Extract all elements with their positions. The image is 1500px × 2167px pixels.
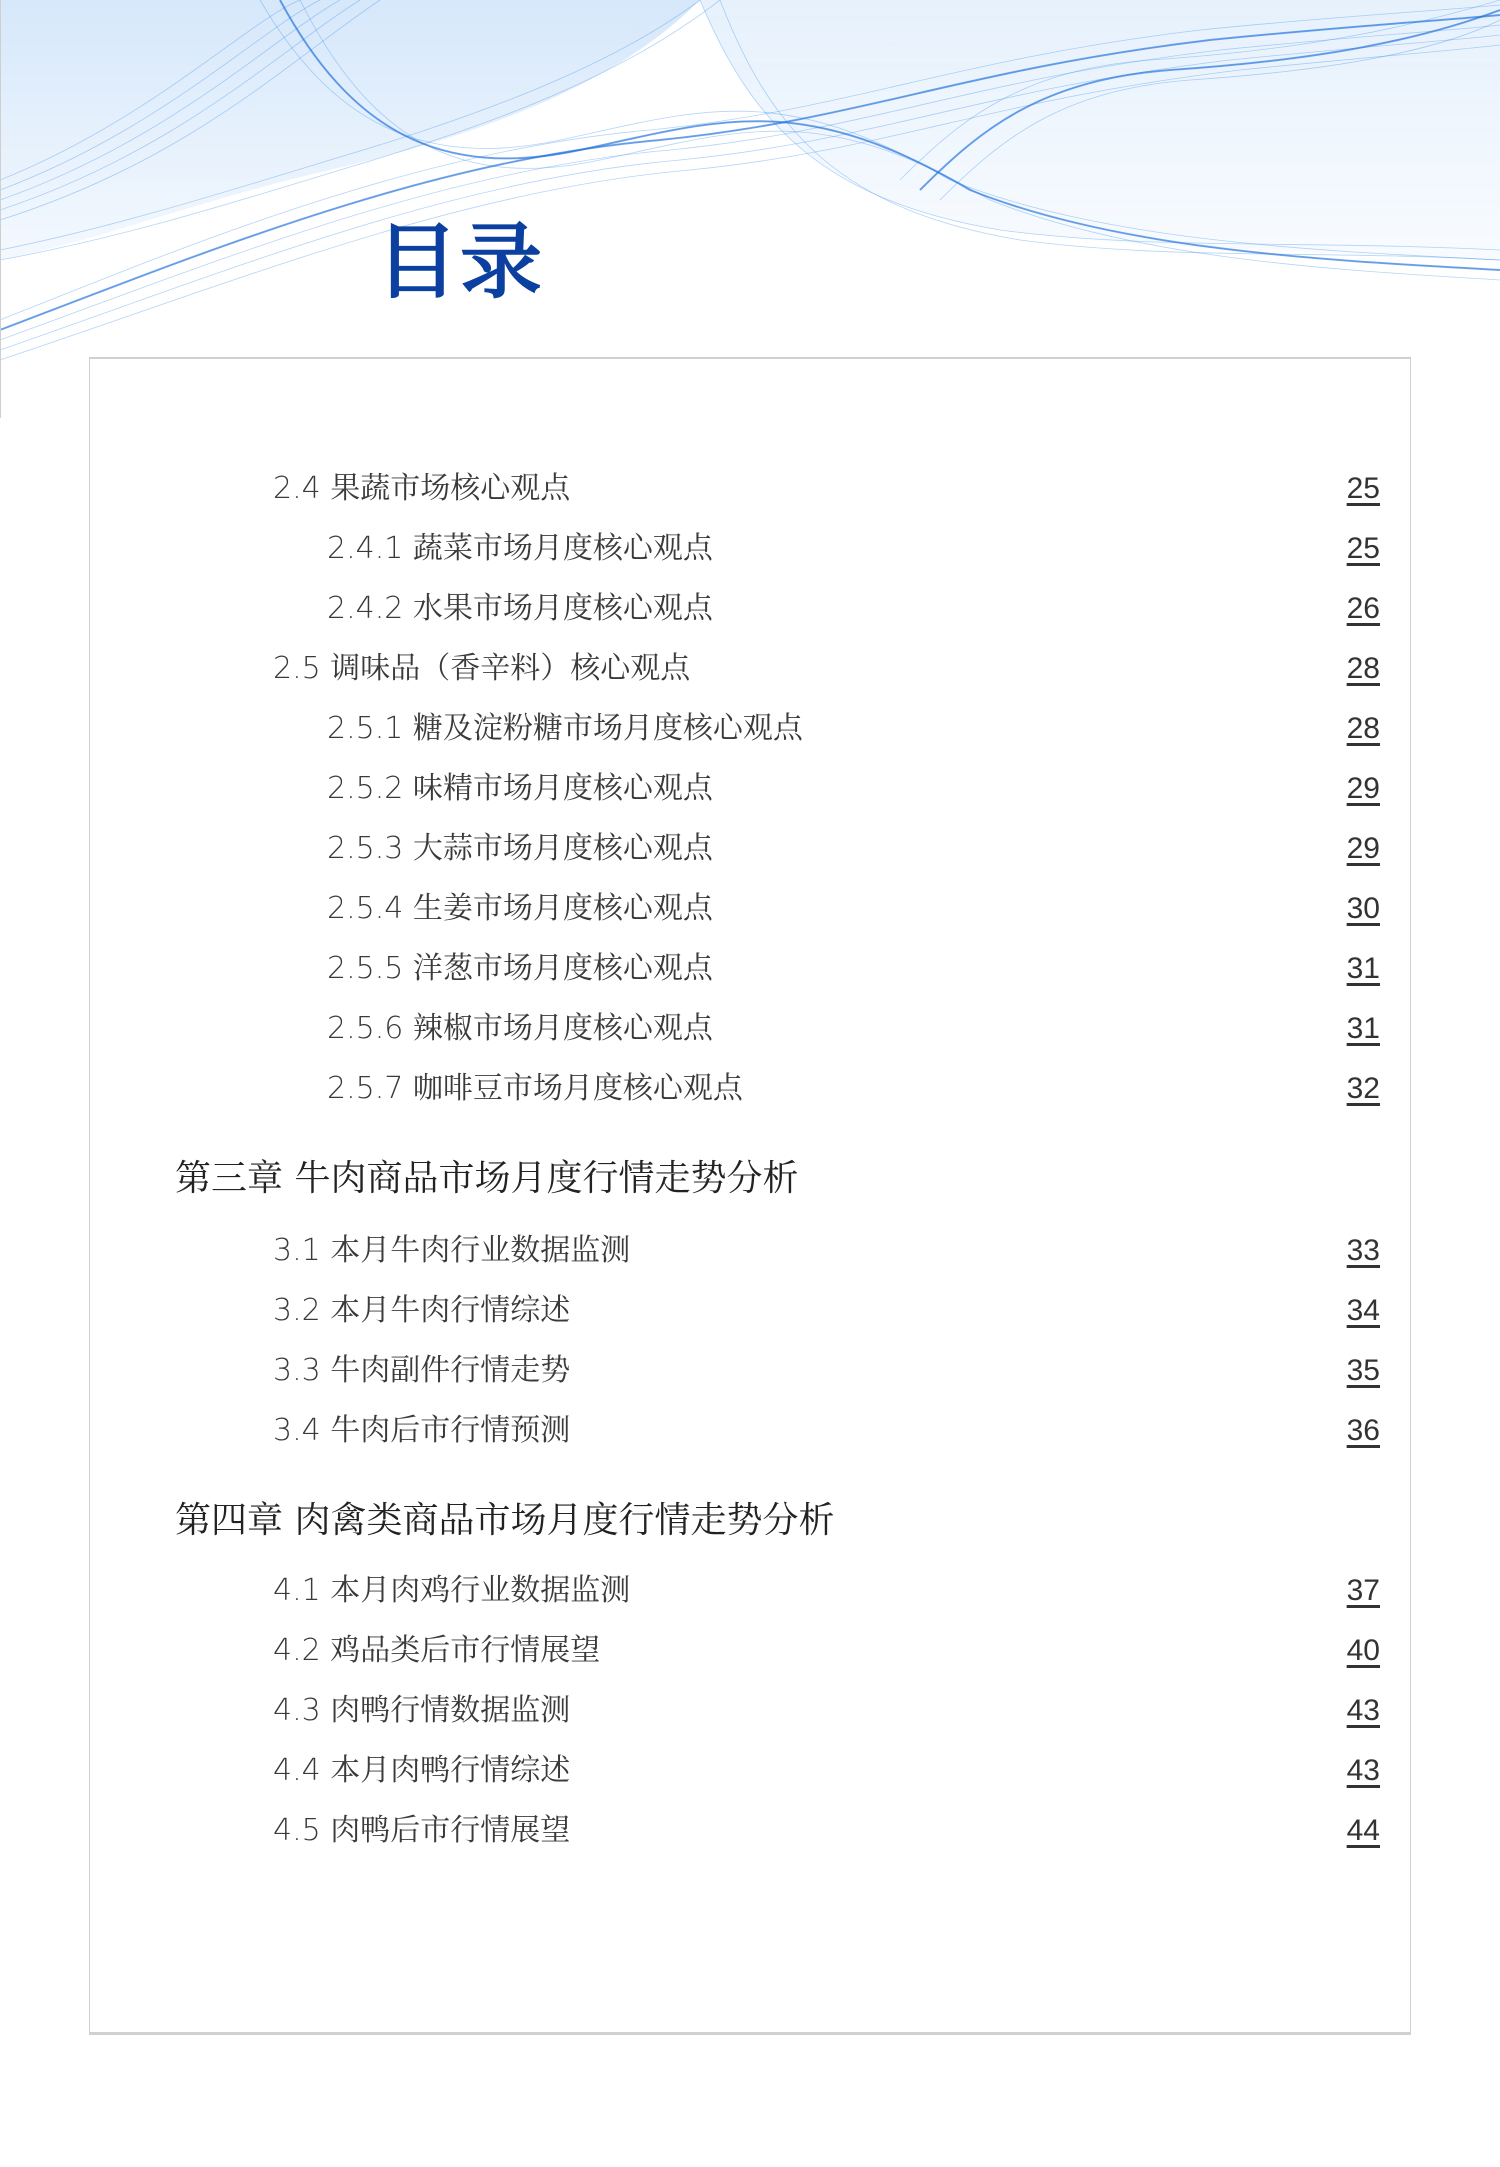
page-edge-line <box>0 0 1 418</box>
toc-page-link[interactable]: 29 <box>1320 769 1380 809</box>
toc-page-link[interactable]: 31 <box>1320 949 1380 989</box>
toc-page-link[interactable]: 25 <box>1320 529 1380 569</box>
toc-entry[interactable]: 3.4 牛肉后市行情预测36 <box>0 1411 1500 1451</box>
toc-entry-label: 2.5.2 味精市场月度核心观点 <box>327 769 713 809</box>
toc-page-link[interactable]: 36 <box>1320 1411 1380 1451</box>
toc-entry-label: 3.1 本月牛肉行业数据监测 <box>273 1231 630 1271</box>
toc-entry[interactable]: 4.4 本月肉鸭行情综述43 <box>0 1751 1500 1791</box>
toc-entry[interactable]: 2.5.2 味精市场月度核心观点29 <box>0 769 1500 809</box>
toc-entry[interactable]: 4.3 肉鸭行情数据监测43 <box>0 1691 1500 1731</box>
toc-entry-label: 2.5.7 咖啡豆市场月度核心观点 <box>327 1069 743 1109</box>
toc-entry[interactable]: 3.3 牛肉副件行情走势35 <box>0 1351 1500 1391</box>
toc-entry[interactable]: 2.4.1 蔬菜市场月度核心观点25 <box>0 529 1500 569</box>
toc-entry[interactable]: 4.1 本月肉鸡行业数据监测37 <box>0 1571 1500 1611</box>
toc-entry-label: 2.5 调味品（香辛料）核心观点 <box>273 649 690 689</box>
toc-entry-label: 2.5.3 大蒜市场月度核心观点 <box>327 829 713 869</box>
toc-page-link[interactable]: 35 <box>1320 1351 1380 1391</box>
toc-entry-label: 3.3 牛肉副件行情走势 <box>273 1351 570 1391</box>
toc-entry[interactable]: 3.2 本月牛肉行情综述34 <box>0 1291 1500 1331</box>
toc-entry[interactable]: 2.5.6 辣椒市场月度核心观点31 <box>0 1009 1500 1049</box>
toc-entry[interactable]: 2.5.3 大蒜市场月度核心观点29 <box>0 829 1500 869</box>
toc-page-link[interactable]: 40 <box>1320 1631 1380 1671</box>
toc-page-link[interactable]: 43 <box>1320 1691 1380 1731</box>
toc-entry-label: 3.4 牛肉后市行情预测 <box>273 1411 570 1451</box>
toc-chapter-heading: 第三章 牛肉商品市场月度行情走势分析 <box>0 1159 1500 1199</box>
toc-entry-label: 4.5 肉鸭后市行情展望 <box>273 1811 570 1851</box>
toc-entry-label: 第四章 肉禽类商品市场月度行情走势分析 <box>175 1501 834 1541</box>
toc-entry[interactable]: 2.4.2 水果市场月度核心观点26 <box>0 589 1500 629</box>
toc-entry[interactable]: 4.2 鸡品类后市行情展望40 <box>0 1631 1500 1671</box>
toc-page-link[interactable]: 30 <box>1320 889 1380 929</box>
toc-page-link[interactable]: 34 <box>1320 1291 1380 1331</box>
toc-entry[interactable]: 2.5.4 生姜市场月度核心观点30 <box>0 889 1500 929</box>
toc-entry[interactable]: 2.5.5 洋葱市场月度核心观点31 <box>0 949 1500 989</box>
toc-entry-label: 4.4 本月肉鸭行情综述 <box>273 1751 570 1791</box>
toc-entry-label: 2.4.2 水果市场月度核心观点 <box>327 589 713 629</box>
toc-entry[interactable]: 2.4 果蔬市场核心观点25 <box>0 469 1500 509</box>
toc-page-link[interactable]: 25 <box>1320 469 1380 509</box>
toc-page-link[interactable]: 28 <box>1320 649 1380 689</box>
toc-chapter-heading: 第四章 肉禽类商品市场月度行情走势分析 <box>0 1501 1500 1541</box>
toc-page-link[interactable]: 33 <box>1320 1231 1380 1271</box>
toc-entry-label: 第三章 牛肉商品市场月度行情走势分析 <box>175 1159 798 1199</box>
toc-entry-label: 2.5.6 辣椒市场月度核心观点 <box>327 1009 713 1049</box>
toc-page-link[interactable]: 29 <box>1320 829 1380 869</box>
toc-entry[interactable]: 4.5 肉鸭后市行情展望44 <box>0 1811 1500 1851</box>
toc-entry-label: 3.2 本月牛肉行情综述 <box>273 1291 570 1331</box>
toc-entry-label: 2.5.4 生姜市场月度核心观点 <box>327 889 713 929</box>
toc-entry-label: 2.5.1 糖及淀粉糖市场月度核心观点 <box>327 709 803 749</box>
toc-entry[interactable]: 3.1 本月牛肉行业数据监测33 <box>0 1231 1500 1271</box>
toc-page-link[interactable]: 26 <box>1320 589 1380 629</box>
toc-page-link[interactable]: 32 <box>1320 1069 1380 1109</box>
toc-entry-label: 4.3 肉鸭行情数据监测 <box>273 1691 570 1731</box>
toc-entry[interactable]: 2.5.1 糖及淀粉糖市场月度核心观点28 <box>0 709 1500 749</box>
toc-page-link[interactable]: 43 <box>1320 1751 1380 1791</box>
toc-entry-label: 4.1 本月肉鸡行业数据监测 <box>273 1571 630 1611</box>
toc-entry-label: 4.2 鸡品类后市行情展望 <box>273 1631 600 1671</box>
toc-page-link[interactable]: 31 <box>1320 1009 1380 1049</box>
toc-entry-label: 2.4 果蔬市场核心观点 <box>273 469 570 509</box>
toc-entry[interactable]: 2.5 调味品（香辛料）核心观点28 <box>0 649 1500 689</box>
toc-page-link[interactable]: 28 <box>1320 709 1380 749</box>
toc-entry-label: 2.4.1 蔬菜市场月度核心观点 <box>327 529 713 569</box>
toc-entry[interactable]: 2.5.7 咖啡豆市场月度核心观点32 <box>0 1069 1500 1109</box>
toc-entry-label: 2.5.5 洋葱市场月度核心观点 <box>327 949 713 989</box>
toc-page-link[interactable]: 37 <box>1320 1571 1380 1611</box>
toc-page-link[interactable]: 44 <box>1320 1811 1380 1851</box>
page-title: 目录 <box>376 222 544 304</box>
